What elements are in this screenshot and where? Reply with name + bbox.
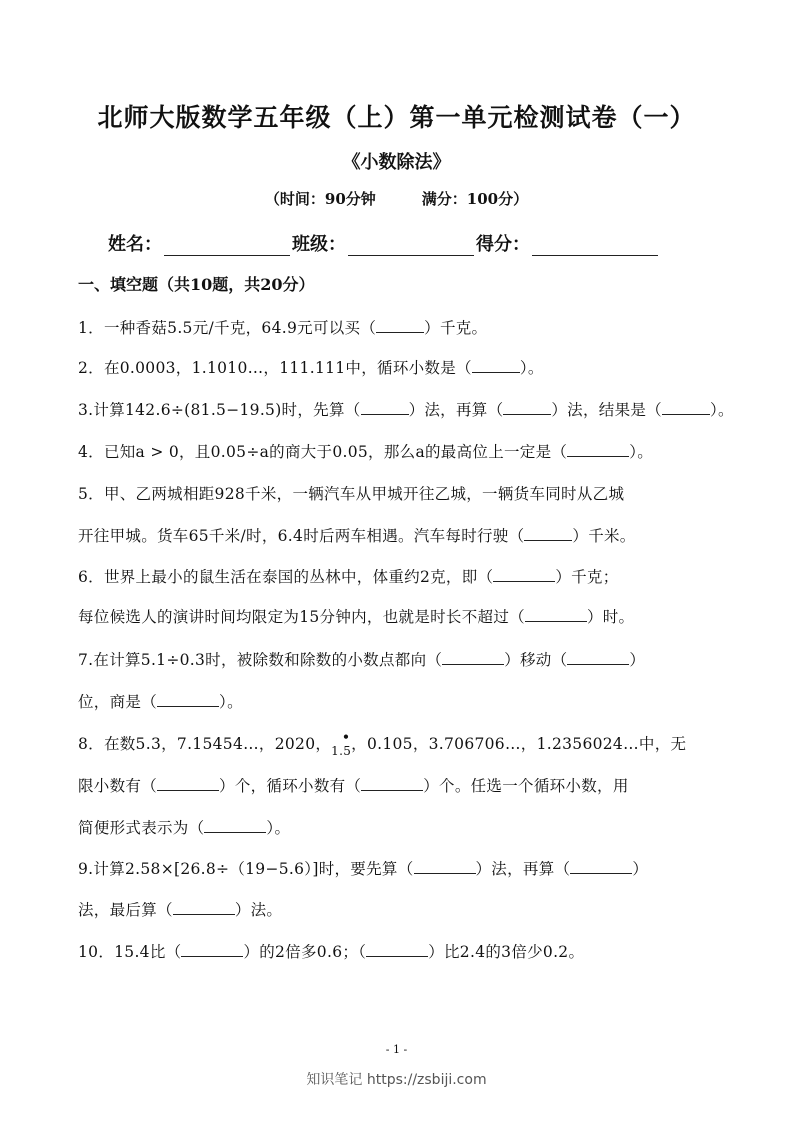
exam-meta: （时间：90分钟满分：100分）: [0, 188, 793, 209]
exam-score-total: 满分：100分）: [422, 190, 528, 208]
question-text: ）。: [629, 443, 653, 461]
question-text: ）千米。: [572, 527, 635, 545]
question-text: ）。: [266, 819, 290, 837]
answer-blank[interactable]: [204, 817, 266, 833]
question-text: ）千克。: [424, 319, 487, 337]
question-text: ）法，再算（: [409, 401, 504, 419]
question-8: 8．在数5.3，7.15454…，2020，1.5•，0.105，3.70670…: [78, 732, 728, 758]
question-text: ）个。任选一个循环小数，用: [423, 777, 628, 795]
question-7: 7.在计算5.1÷0.3时，被除数和除数的小数点都向（）移动（）: [78, 648, 728, 670]
question-1: 1．一种香菇5.5元/千克，64.9元可以买（）千克。: [78, 316, 728, 338]
question-7-cont: 位，商是（）。: [78, 690, 728, 712]
answer-blank[interactable]: [361, 775, 423, 791]
question-6-cont: 每位候选人的演讲时间均限定为15分钟内，也就是时长不超过（）时。: [78, 605, 728, 627]
question-text: 4．已知a > 0，且0.05÷a的商大于0.05，那么a的最高位上一定是（: [78, 443, 567, 461]
question-8-cont-2: 简便形式表示为（）。: [78, 816, 728, 838]
answer-blank[interactable]: [662, 399, 710, 415]
question-10: 10．15.4比（）的2倍多0.6；（）比2.4的3倍少0.2。: [78, 940, 728, 962]
question-2: 2．在0.0003，1.1010…，111.111中，循环小数是（）。: [78, 356, 728, 378]
name-field[interactable]: [164, 235, 290, 256]
question-text: 开往甲城。货车65千米/时，6.4时后两车相遇。汽车每时行驶（: [78, 527, 524, 545]
question-text: 7.在计算5.1÷0.3时，被除数和除数的小数点都向（: [78, 651, 442, 669]
exam-time: （时间：90分钟: [265, 190, 376, 208]
answer-blank[interactable]: [157, 775, 219, 791]
question-9-cont: 法，最后算（）法。: [78, 898, 728, 920]
question-text: 5．甲、乙两城相距928千米，一辆汽车从甲城开往乙城，一辆货车同时从乙城: [78, 485, 624, 503]
repeating-dot-icon: •: [342, 730, 350, 744]
question-text: ）时。: [587, 608, 634, 626]
answer-blank[interactable]: [525, 606, 587, 622]
question-text: ）法，结果是（: [551, 401, 662, 419]
answer-blank[interactable]: [414, 858, 476, 874]
question-5-cont: 开往甲城。货车65千米/时，6.4时后两车相遇。汽车每时行驶（）千米。: [78, 524, 728, 546]
answer-blank[interactable]: [361, 399, 409, 415]
page-subtitle: 《小数除法》: [0, 148, 793, 174]
question-3: 3.计算142.6÷(81.5−19.5)时，先算（）法，再算（）法，结果是（）…: [78, 398, 728, 420]
question-text: 2．在0.0003，1.1010…，111.111中，循环小数是（: [78, 359, 472, 377]
answer-blank[interactable]: [181, 941, 243, 957]
answer-blank[interactable]: [503, 399, 551, 415]
question-text: 1．一种香菇5.5元/千克，64.9元可以买（: [78, 319, 376, 337]
question-text: ）。: [219, 693, 243, 711]
page-title: 北师大版数学五年级（上）第一单元检测试卷（一）: [0, 98, 793, 134]
question-text: 法，最后算（: [78, 901, 173, 919]
class-field[interactable]: [348, 235, 474, 256]
answer-blank[interactable]: [567, 441, 629, 457]
answer-blank[interactable]: [472, 357, 520, 373]
answer-blank[interactable]: [173, 899, 235, 915]
question-text: ）法，再算（: [476, 860, 571, 878]
page-number: - 1 -: [0, 1043, 793, 1056]
section-title: 一、填空题（共10题，共20分）: [78, 272, 315, 295]
answer-blank[interactable]: [442, 649, 504, 665]
question-text: 10．15.4比（: [78, 943, 181, 961]
question-text: 6．世界上最小的鼠生活在泰国的丛林中，体重约2克，即（: [78, 568, 493, 586]
student-info: 姓名： 班级： 得分：: [108, 230, 660, 256]
question-text: ，0.105，3.706706…，1.2356024…中，无: [351, 735, 686, 753]
question-text: ）: [632, 860, 648, 878]
repeating-decimal-value: 1.5: [331, 744, 351, 758]
question-text: 每位候选人的演讲时间均限定为15分钟内，也就是时长不超过（: [78, 608, 525, 626]
question-text: ）法。: [235, 901, 282, 919]
question-text: ）。: [520, 359, 544, 377]
score-label: 得分：: [476, 230, 530, 256]
question-text: ）千克；: [555, 568, 618, 586]
question-text: ）的2倍多0.6；（: [243, 943, 366, 961]
answer-blank[interactable]: [366, 941, 428, 957]
question-6: 6．世界上最小的鼠生活在泰国的丛林中，体重约2克，即（）千克；: [78, 565, 728, 587]
question-text: ）。: [710, 401, 734, 419]
answer-blank[interactable]: [567, 649, 629, 665]
question-text: ）移动（: [504, 651, 567, 669]
watermark-site: 知识笔记 https://zsbiji.com: [0, 1069, 793, 1089]
question-text: 8．在数5.3，7.15454…，2020，: [78, 735, 331, 753]
question-4: 4．已知a > 0，且0.05÷a的商大于0.05，那么a的最高位上一定是（）。: [78, 440, 728, 462]
question-text: 3.计算142.6÷(81.5−19.5)时，先算（: [78, 401, 361, 419]
class-label: 班级：: [292, 230, 346, 256]
question-text: 9.计算2.58×[26.8÷（19−5.6）]时，要先算（: [78, 860, 414, 878]
question-8-cont: 限小数有（）个，循环小数有（）个。任选一个循环小数，用: [78, 774, 728, 796]
answer-blank[interactable]: [157, 691, 219, 707]
question-text: ）个，循环小数有（: [219, 777, 361, 795]
question-9: 9.计算2.58×[26.8÷（19−5.6）]时，要先算（）法，再算（）: [78, 857, 728, 879]
answer-blank[interactable]: [376, 317, 424, 333]
score-field[interactable]: [532, 235, 658, 256]
question-text: 位，商是（: [78, 693, 157, 711]
answer-blank[interactable]: [570, 858, 632, 874]
answer-blank[interactable]: [524, 525, 572, 541]
answer-blank[interactable]: [493, 566, 555, 582]
repeating-decimal: 1.5•: [331, 744, 351, 758]
question-text: ）: [629, 651, 645, 669]
question-text: ）比2.4的3倍少0.2。: [428, 943, 584, 961]
name-label: 姓名：: [108, 230, 162, 256]
question-text: 简便形式表示为（: [78, 819, 204, 837]
question-text: 限小数有（: [78, 777, 157, 795]
question-5: 5．甲、乙两城相距928千米，一辆汽车从甲城开往乙城，一辆货车同时从乙城: [78, 482, 728, 504]
